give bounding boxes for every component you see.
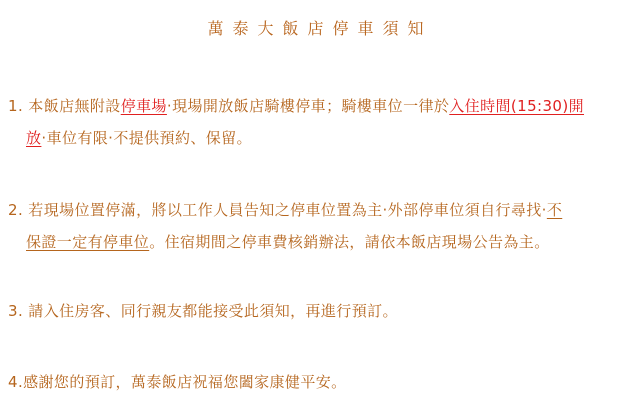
notice-text: 若現場位置停滿，將以工作人員告知之停車位置為主·外部停車位須自行尋找· xyxy=(28,201,547,219)
page-title: 萬泰大飯店停車須知 xyxy=(0,16,640,39)
notice-item-1-line-2: 放·車位有限·不提供預約、保留。 xyxy=(8,122,640,154)
notice-text: 本飯店無附設 xyxy=(28,97,120,115)
notice-item-1-line-1: 1. 本飯店無附設停車場·現場開放飯店騎樓停車；騎樓車位一律於入住時間(15:3… xyxy=(8,90,640,122)
notice-item-1: 1. 本飯店無附設停車場·現場開放飯店騎樓停車；騎樓車位一律於入住時間(15:3… xyxy=(8,90,640,154)
highlight-parking-lot: 停車場 xyxy=(121,97,167,115)
notice-number: 1. xyxy=(8,97,23,115)
notice-text: 請入住房客、同行親友都能接受此須知，再進行預訂。 xyxy=(28,302,398,320)
notice-item-3-line-1: 3. 請入住房客、同行親友都能接受此須知，再進行預訂。 xyxy=(8,295,640,327)
highlight-checkin-time-cont: 放 xyxy=(26,129,41,147)
notice-number: 3. xyxy=(8,302,23,320)
notice-text: ·車位有限·不提供預約、保留。 xyxy=(41,129,252,147)
highlight-checkin-time: 入住時間(15:30)開 xyxy=(449,97,584,115)
notice-item-4-line-1: 4.感謝您的預訂，萬泰飯店祝福您闔家康健平安。 xyxy=(8,366,640,398)
highlight-no-guarantee: 不 xyxy=(547,201,562,219)
notice-number: 4. xyxy=(8,373,23,391)
notice-item-2-line-1: 2. 若現場位置停滿，將以工作人員告知之停車位置為主·外部停車位須自行尋找·不 xyxy=(8,194,640,226)
notice-item-4: 4.感謝您的預訂，萬泰飯店祝福您闔家康健平安。 xyxy=(8,366,640,398)
notice-number: 2. xyxy=(8,201,23,219)
notice-text: 感謝您的預訂，萬泰飯店祝福您闔家康健平安。 xyxy=(23,373,346,391)
notice-item-2: 2. 若現場位置停滿，將以工作人員告知之停車位置為主·外部停車位須自行尋找·不 … xyxy=(8,194,640,258)
notice-item-2-line-2: 保證一定有停車位。住宿期間之停車費核銷辦法，請依本飯店現場公告為主。 xyxy=(8,226,640,258)
notice-text: 。住宿期間之停車費核銷辦法，請依本飯店現場公告為主。 xyxy=(149,233,549,251)
notice-text: ·現場開放飯店騎樓停車；騎樓車位一律於 xyxy=(167,97,449,115)
notice-item-3: 3. 請入住房客、同行親友都能接受此須知，再進行預訂。 xyxy=(8,295,640,327)
highlight-no-guarantee-cont: 保證一定有停車位 xyxy=(26,233,149,251)
